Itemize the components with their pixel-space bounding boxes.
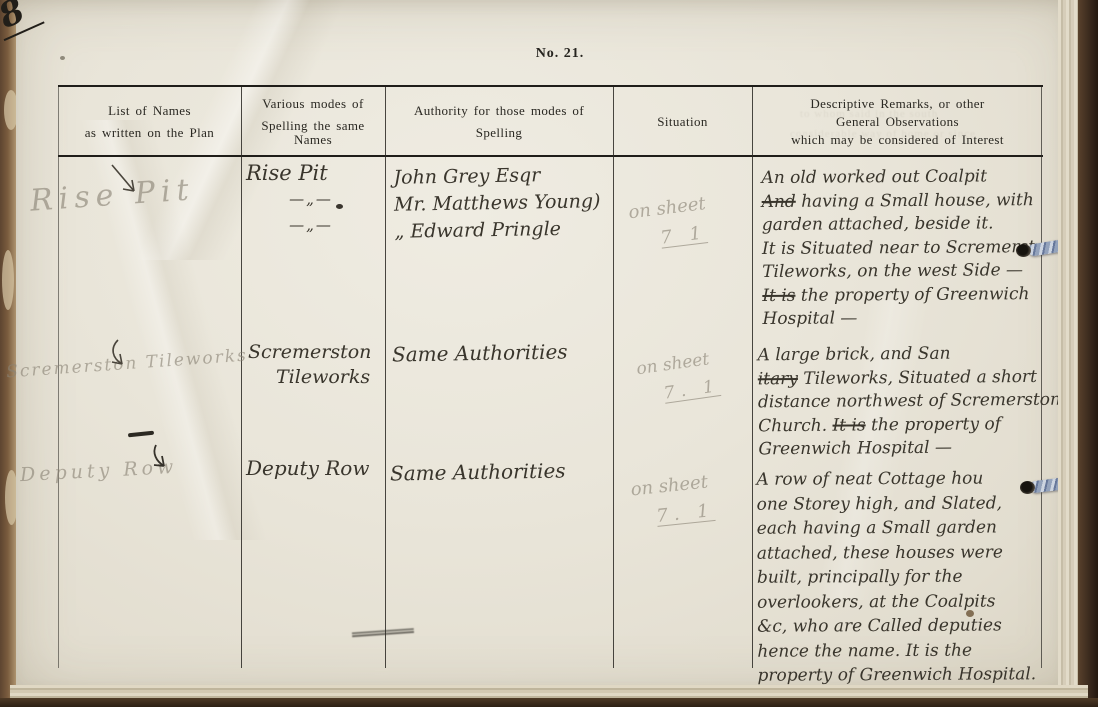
column-header-names-line: List of Names [108,104,191,118]
entry-remarks: A row of neat Cottage houone Storey high… [756,466,1036,688]
entry-authority-line: Mr. Matthews Young) [394,188,601,219]
table-header-rule [58,155,1043,157]
entry-remarks-line: It is the property of Greenwich [762,282,1056,308]
annotation-arrow-icon [148,443,178,473]
column-header-authority: Authority for those modes ofSpelling [385,90,613,154]
entry-remarks-line: &c, who are Called deputies [757,613,1036,639]
entry-remarks-line: distance northwest of Scremerston [758,389,1061,415]
entry-authority-line: John Grey Esqr [393,161,600,192]
annotation-arrow-icon [108,163,142,199]
scanned-register-page: 8 No. 21. List of Namesas written on the… [0,0,1098,707]
entry-spelling-line: —„— [246,212,376,238]
entry-remarks-line: each having a Small garden [757,515,1036,541]
desk-surface-right [1078,0,1098,707]
column-header-remarks: Descriptive Remarks, or otherGeneral Obs… [752,90,1043,154]
column-divider [613,87,614,668]
page-edge-stack-bottom [10,685,1088,699]
entry-remarks-line: It is Situated near to Scremerston [762,235,1056,261]
entry-remarks-line: attached, these houses were [757,540,1036,566]
binding-eyelet-hole [1020,481,1035,494]
column-header-spelling-modes: Various modes ofSpelling the same Names [241,90,385,154]
entry-remarks-line: Hospital — [762,306,1056,332]
entry-spelling-line: Deputy Row [246,456,369,480]
bleed-through-text: considerable way of home or since [790,128,976,140]
entry-authority-line: Same Authorities [390,458,566,485]
entry-remarks-line: A large brick, and San [757,342,1060,368]
table-top-rule [58,85,1043,87]
annotation-arrow-icon [108,338,138,370]
entry-spelling-line: Rise Pit [246,160,376,186]
entry-spelling: ScremerstonTileworks [248,340,371,390]
entry-remarks-line: Greenwich Hospital — [758,436,1061,462]
ink-speck [336,204,343,209]
column-header-names: List of Namesas written on the Plan [58,90,241,154]
column-header-spelling-modes-line: Spelling the same Names [241,119,385,147]
entry-remarks-line: And having a Small house, with [762,188,1056,214]
column-divider [241,87,242,668]
entry-authority: Same Authorities [390,458,566,485]
entry-remarks-line: An old worked out Coalpit [761,165,1055,191]
entry-remarks-line: built, principally for the [757,564,1036,590]
bleed-through-text: to whom said in the south [800,108,938,120]
entry-spelling-line: —„— [246,186,376,212]
column-header-situation-line: Situation [657,115,708,129]
stain-speck [966,610,974,617]
entry-spelling: Rise Pit—„——„— [246,160,376,238]
page-edge-stack-right [1058,0,1080,707]
ink-speck [60,56,65,60]
entry-spelling-line: Scremerston [248,340,371,365]
entry-remarks-line: Tileworks, on the west Side — [762,259,1056,285]
entry-remarks-line: one Storey high, and Slated, [757,491,1036,517]
entry-remarks-line: Church. It is the property of [758,412,1061,438]
torn-paper-edge [2,250,14,310]
entry-spelling-line: Tileworks [248,365,371,390]
entry-remarks: An old worked out CoalpitAnd having a Sm… [761,165,1056,332]
column-divider [385,87,386,668]
entry-remarks-line: A row of neat Cottage hou [756,466,1035,492]
column-header-situation: Situation [613,90,752,154]
column-divider [752,87,753,668]
entry-authority-line: Same Authorities [392,339,568,366]
column-header-authority-line: Spelling [476,126,523,140]
page-number: No. 21. [500,46,620,62]
entry-remarks-line: garden attached, beside it. [762,212,1056,238]
desk-surface-bottom [0,698,1098,707]
column-header-authority-line: Authority for those modes of [414,104,584,118]
entry-authority: John Grey EsqrMr. Matthews Young)„ Edwar… [393,161,601,246]
entry-remarks-line: hence the name. It is the [757,638,1036,664]
entry-authority: Same Authorities [392,339,568,366]
column-header-names-line: as written on the Plan [85,126,214,140]
entry-remarks: A large brick, and Sanitary Tileworks, S… [757,342,1061,462]
binding-eyelet-hole [1016,244,1031,257]
entry-remarks-line: itary Tileworks, Situated a short [758,365,1061,391]
entry-remarks-line: overlookers, at the Coalpits [757,589,1036,615]
column-header-spelling-modes-line: Various modes of [262,97,363,111]
entry-authority-line: „ Edward Pringle [394,215,601,246]
entry-spelling: Deputy Row [246,456,369,480]
